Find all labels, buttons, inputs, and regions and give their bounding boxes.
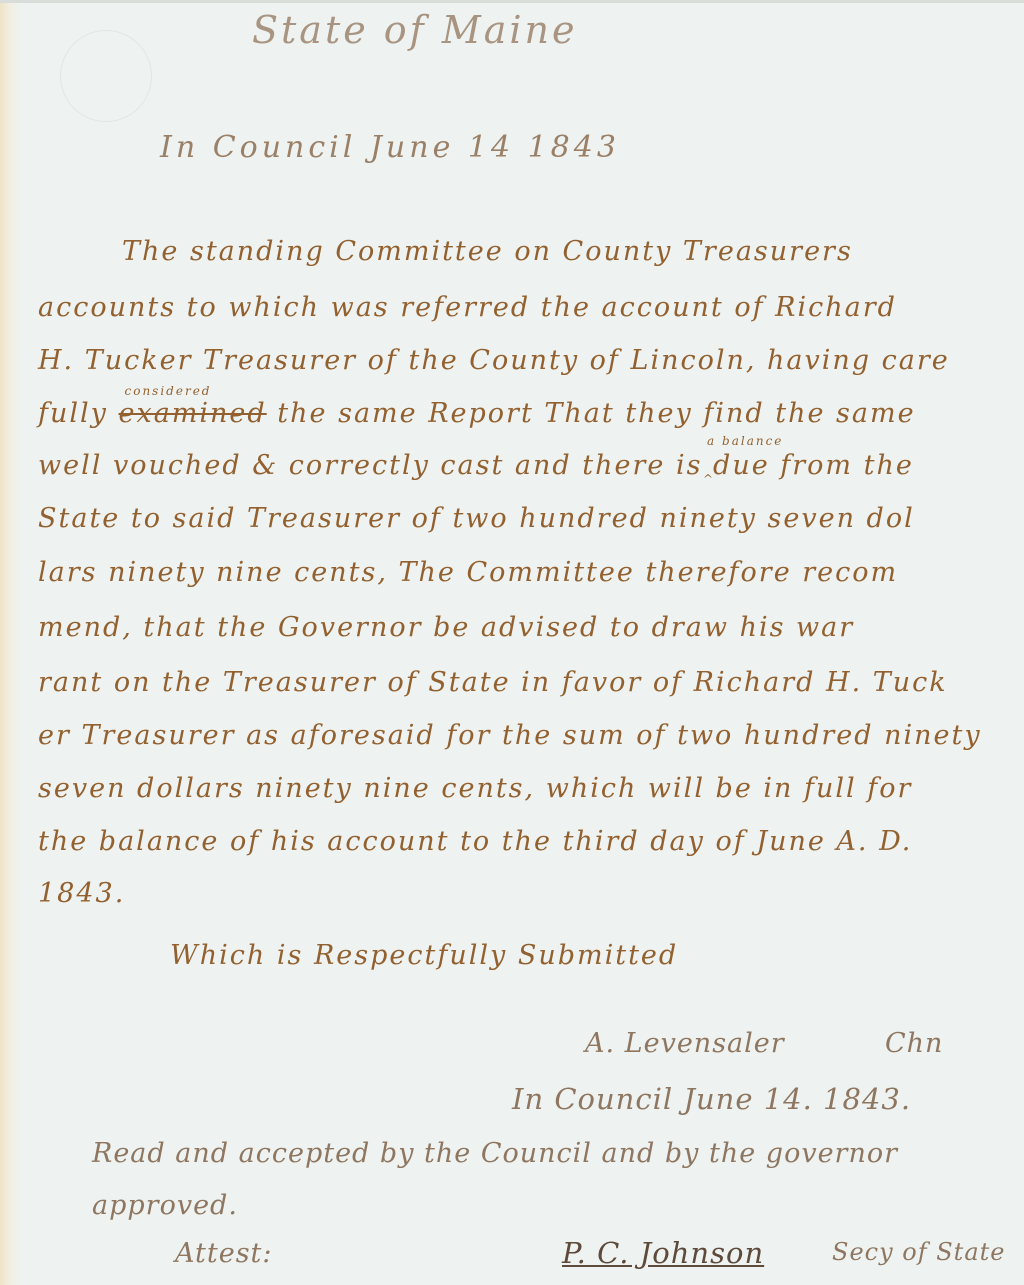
attest-label: Attest: bbox=[175, 1238, 273, 1269]
insertion-text: a balance bbox=[707, 434, 783, 448]
body-line: seven dollars ninety nine cents, which w… bbox=[38, 773, 912, 804]
body-line: The standing Committee on County Treasur… bbox=[122, 236, 853, 267]
acceptance-line: Read and accepted by the Council and by … bbox=[92, 1138, 898, 1169]
body-line: State to said Treasurer of two hundred n… bbox=[38, 503, 915, 534]
body-line: H. Tucker Treasurer of the County of Lin… bbox=[38, 345, 950, 376]
body-line: er Treasurer as aforesaid for the sum of… bbox=[38, 720, 982, 751]
caret-mark: ^ bbox=[703, 472, 715, 486]
document-heading: State of Maine bbox=[252, 8, 578, 52]
acceptance-line: approved. bbox=[92, 1190, 238, 1221]
embossed-seal bbox=[60, 30, 152, 122]
council-acceptance-dateline: In Council June 14. 1843. bbox=[512, 1082, 911, 1116]
committee-chair-name: A. Levensaler bbox=[585, 1028, 785, 1059]
body-text: due from the bbox=[713, 450, 914, 481]
closing-statement: Which is Respectfully Submitted bbox=[170, 940, 678, 971]
struck-text: examined bbox=[119, 398, 267, 429]
committee-chair-title: Chn bbox=[885, 1028, 943, 1059]
body-text: well vouched & correctly cast and there … bbox=[38, 450, 713, 481]
body-line: 1843. bbox=[38, 878, 125, 909]
body-line: the balance of his account to the third … bbox=[38, 826, 912, 857]
body-line-with-correction: fully consideredexamined the same Report… bbox=[38, 398, 916, 429]
document-page: State of Maine In Council June 14 1843 T… bbox=[0, 0, 1024, 1285]
body-text: the same Report That they find the same bbox=[267, 398, 916, 429]
secretary-signature: P. C. Johnson bbox=[562, 1236, 764, 1270]
secretary-title: Secy of State bbox=[832, 1238, 1005, 1266]
body-line: lars ninety nine cents, The Committee th… bbox=[38, 557, 898, 588]
insertion-text: considered bbox=[125, 384, 212, 398]
body-text: fully bbox=[38, 398, 119, 429]
council-dateline: In Council June 14 1843 bbox=[160, 130, 620, 165]
body-line: mend, that the Governor be advised to dr… bbox=[38, 612, 854, 643]
body-line-with-insertion: well vouched & correctly cast and there … bbox=[38, 450, 914, 481]
body-line: rant on the Treasurer of State in favor … bbox=[38, 667, 948, 698]
body-line: accounts to which was referred the accou… bbox=[38, 292, 897, 323]
